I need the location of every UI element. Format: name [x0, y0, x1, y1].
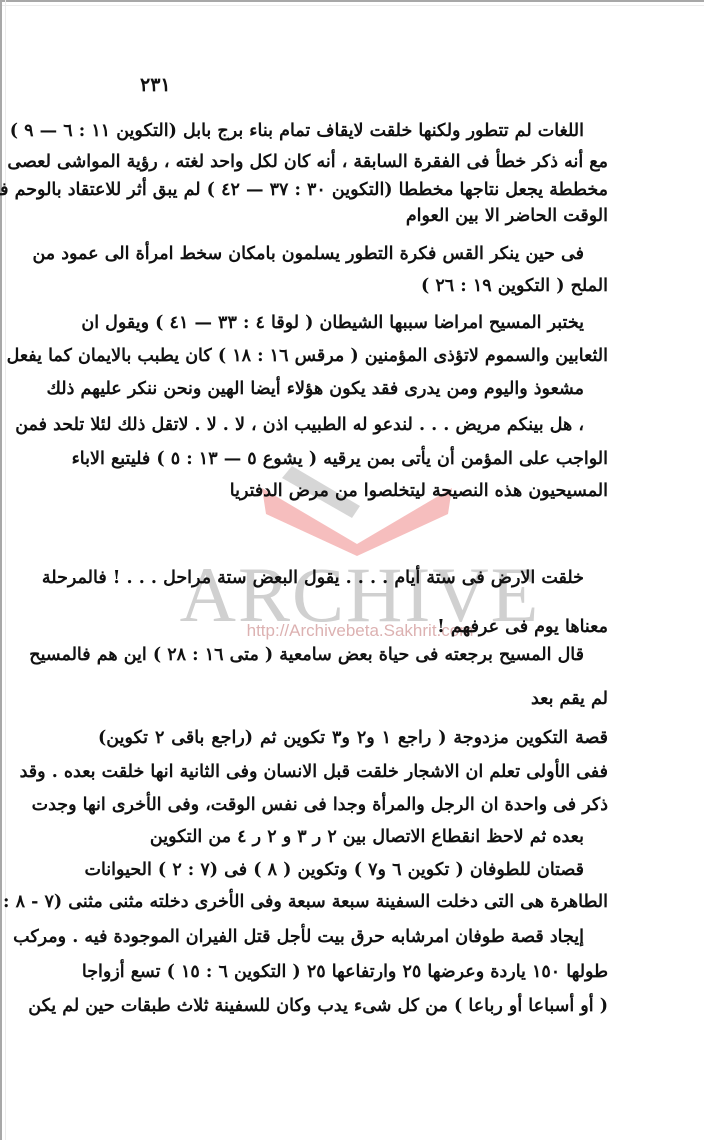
text-line: قال المسيح برجعته فى حياة بعض سامعية ( م…: [98, 643, 584, 667]
text-line: ، هل بينكم مريض . . . لندعو له الطبيب اذ…: [98, 413, 584, 437]
text-line: معناها يوم فى عرفهم !: [98, 615, 608, 639]
text-line: مشعوذ واليوم ومن يدرى فقد يكون هؤلاء أيض…: [98, 377, 584, 401]
text-line: قصتان للطوفان ( تكوين ٦ و٧ ) وتكوين ( ٨ …: [98, 858, 584, 882]
text-line: الوقت الحاضر الا بين العوام: [98, 204, 608, 228]
text-line: قصة التكوين مزدوجة ( راجع ١ و٢ و٣ تكوين …: [98, 726, 608, 750]
text-line: الثعابين والسموم لاتؤذى المؤمنين ( مرقس …: [98, 344, 608, 368]
text-line: يختبر المسيح امراضا سببها الشيطان ( لوقا…: [98, 311, 584, 335]
text-line: الواجب على المؤمن أن يأتى بمن يرقيه ( يش…: [98, 447, 608, 471]
text-line: ففى الأولى تعلم ان الاشجار خلقت قبل الان…: [98, 760, 608, 784]
page-border-left: [0, 0, 2, 1140]
text-line: بعده ثم لاحظ انقطاع الاتصال بين ٢ ر ٣ و …: [98, 825, 584, 849]
text-line: مخططة يجعل نتاجها مخططا (التكوين ٣٠ : ٣٧…: [98, 178, 608, 202]
text-line: ذكر فى واحدة ان الرجل والمرأة وجدا فى نف…: [98, 793, 608, 817]
text-line: مع أنه ذكر خطأ فى الفقرة السابقة ، أنه ك…: [98, 150, 608, 174]
text-line: طولها ١٥٠ ياردة وعرضها ٢٥ وارتفاعها ٢٥ (…: [98, 960, 608, 984]
page-border-top: [0, 0, 704, 2]
page-number: ٢٣١: [140, 74, 190, 96]
text-line: اللغات لم تتطور ولكنها خلقت لايقاف تمام …: [98, 119, 584, 143]
text-line: المسيحيون هذه النصيحة ليتخلصوا من مرض ال…: [98, 479, 608, 503]
text-line: فى حين ينكر القس فكرة التطور يسلمون بامك…: [98, 242, 584, 266]
text-line: لم يقم بعد: [98, 687, 608, 711]
text-line: ( أو أسباعا أو رباعا ) من كل شىء يدب وكا…: [98, 994, 608, 1018]
text-line: خلقت الارض فى ستة أيام . . . . يقول البع…: [98, 566, 584, 590]
text-line: الملح ( التكوين ١٩ : ٢٦ ): [98, 274, 608, 298]
text-line: الطاهرة هى التى دخلت السفينة سبعة سبعة و…: [98, 890, 608, 914]
page-border-top-inner: [0, 5, 704, 6]
text-line: إيجاد قصة طوفان امرشابه حرق بيت لأجل قتل…: [98, 925, 584, 949]
page-border-left-inner: [5, 0, 6, 1140]
